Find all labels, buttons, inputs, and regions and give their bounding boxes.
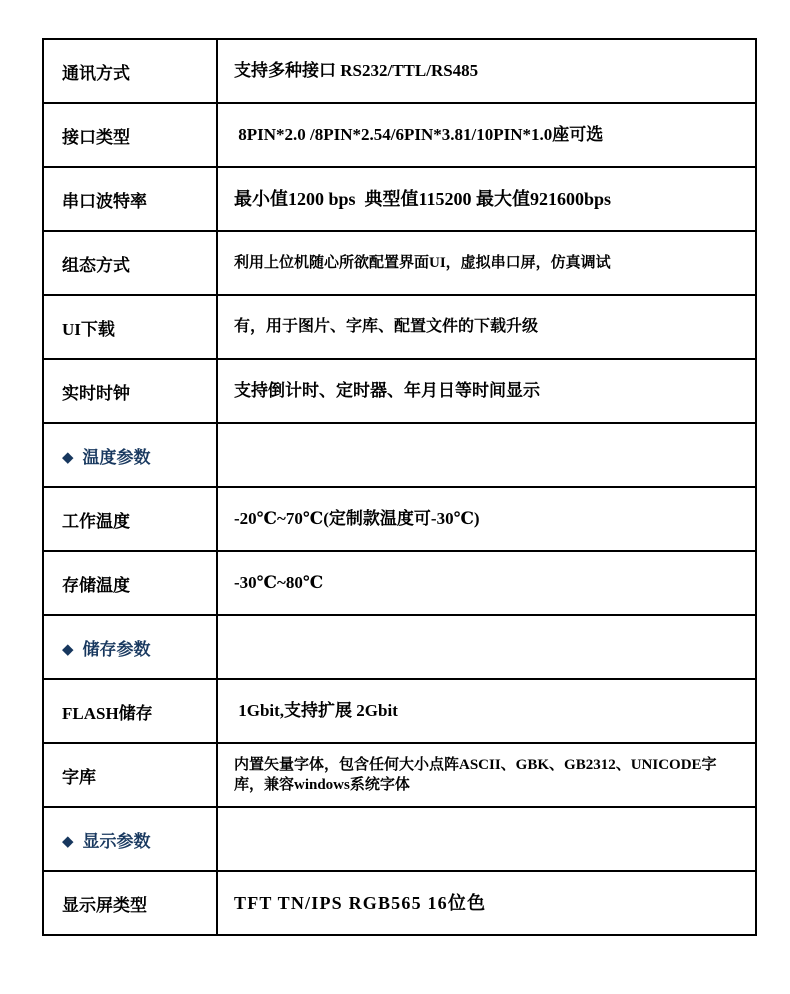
- row-label: 存储温度: [43, 551, 217, 615]
- table-row: 通讯方式 支持多种接口 RS232/TTL/RS485: [43, 39, 756, 103]
- row-value-empty: [217, 807, 756, 871]
- row-label: 串口波特率: [43, 167, 217, 231]
- row-value: 内置矢量字体，包含任何大小点阵ASCII、GBK、GB2312、UNICODE字…: [217, 743, 756, 807]
- table-row: 接口类型 8PIN*2.0 /8PIN*2.54/6PIN*3.81/10PIN…: [43, 103, 756, 167]
- row-value: 有，用于图片、字库、配置文件的下载升级: [217, 295, 756, 359]
- table-row: 存储温度 -30℃~80℃: [43, 551, 756, 615]
- row-value: 最小值1200 bps 典型值115200 最大值921600bps: [217, 167, 756, 231]
- table-row: 工作温度 -20℃~70℃(定制款温度可-30℃): [43, 487, 756, 551]
- row-label: 组态方式: [43, 231, 217, 295]
- row-label: 接口类型: [43, 103, 217, 167]
- row-value: 利用上位机随心所欲配置界面UI，虚拟串口屏，仿真调试: [217, 231, 756, 295]
- row-value-empty: [217, 615, 756, 679]
- table-row: 串口波特率 最小值1200 bps 典型值115200 最大值921600bps: [43, 167, 756, 231]
- section-title: 温度参数: [83, 448, 151, 467]
- row-label: 字库: [43, 743, 217, 807]
- table-row: FLASH储存 1Gbit,支持扩展 2Gbit: [43, 679, 756, 743]
- row-label: FLASH储存: [43, 679, 217, 743]
- row-value: TFT TN/IPS RGB565 16位色: [217, 871, 756, 935]
- table-row: 实时时钟 支持倒计时、定时器、年月日等时间显示: [43, 359, 756, 423]
- section-row-display: ◆显示参数: [43, 807, 756, 871]
- row-label: 实时时钟: [43, 359, 217, 423]
- diamond-icon: ◆: [62, 640, 74, 659]
- table-row: 组态方式 利用上位机随心所欲配置界面UI，虚拟串口屏，仿真调试: [43, 231, 756, 295]
- row-value: 8PIN*2.0 /8PIN*2.54/6PIN*3.81/10PIN*1.0座…: [217, 103, 756, 167]
- section-row-storage: ◆储存参数: [43, 615, 756, 679]
- diamond-icon: ◆: [62, 832, 74, 851]
- section-header: ◆储存参数: [43, 615, 217, 679]
- table-row: 显示屏类型 TFT TN/IPS RGB565 16位色: [43, 871, 756, 935]
- row-value: 支持倒计时、定时器、年月日等时间显示: [217, 359, 756, 423]
- row-label: 通讯方式: [43, 39, 217, 103]
- section-header: ◆显示参数: [43, 807, 217, 871]
- table-row: 字库 内置矢量字体，包含任何大小点阵ASCII、GBK、GB2312、UNICO…: [43, 743, 756, 807]
- section-title: 储存参数: [83, 640, 151, 659]
- row-value-empty: [217, 423, 756, 487]
- diamond-icon: ◆: [62, 448, 74, 467]
- table-row: UI下载 有，用于图片、字库、配置文件的下载升级: [43, 295, 756, 359]
- row-value: 支持多种接口 RS232/TTL/RS485: [217, 39, 756, 103]
- row-value: 1Gbit,支持扩展 2Gbit: [217, 679, 756, 743]
- section-title: 显示参数: [83, 832, 151, 851]
- spec-table: 通讯方式 支持多种接口 RS232/TTL/RS485 接口类型 8PIN*2.…: [42, 38, 757, 936]
- spec-page: 通讯方式 支持多种接口 RS232/TTL/RS485 接口类型 8PIN*2.…: [0, 0, 790, 994]
- section-row-temperature: ◆温度参数: [43, 423, 756, 487]
- row-label: UI下载: [43, 295, 217, 359]
- row-value: -30℃~80℃: [217, 551, 756, 615]
- row-label: 工作温度: [43, 487, 217, 551]
- row-label: 显示屏类型: [43, 871, 217, 935]
- section-header: ◆温度参数: [43, 423, 217, 487]
- row-value: -20℃~70℃(定制款温度可-30℃): [217, 487, 756, 551]
